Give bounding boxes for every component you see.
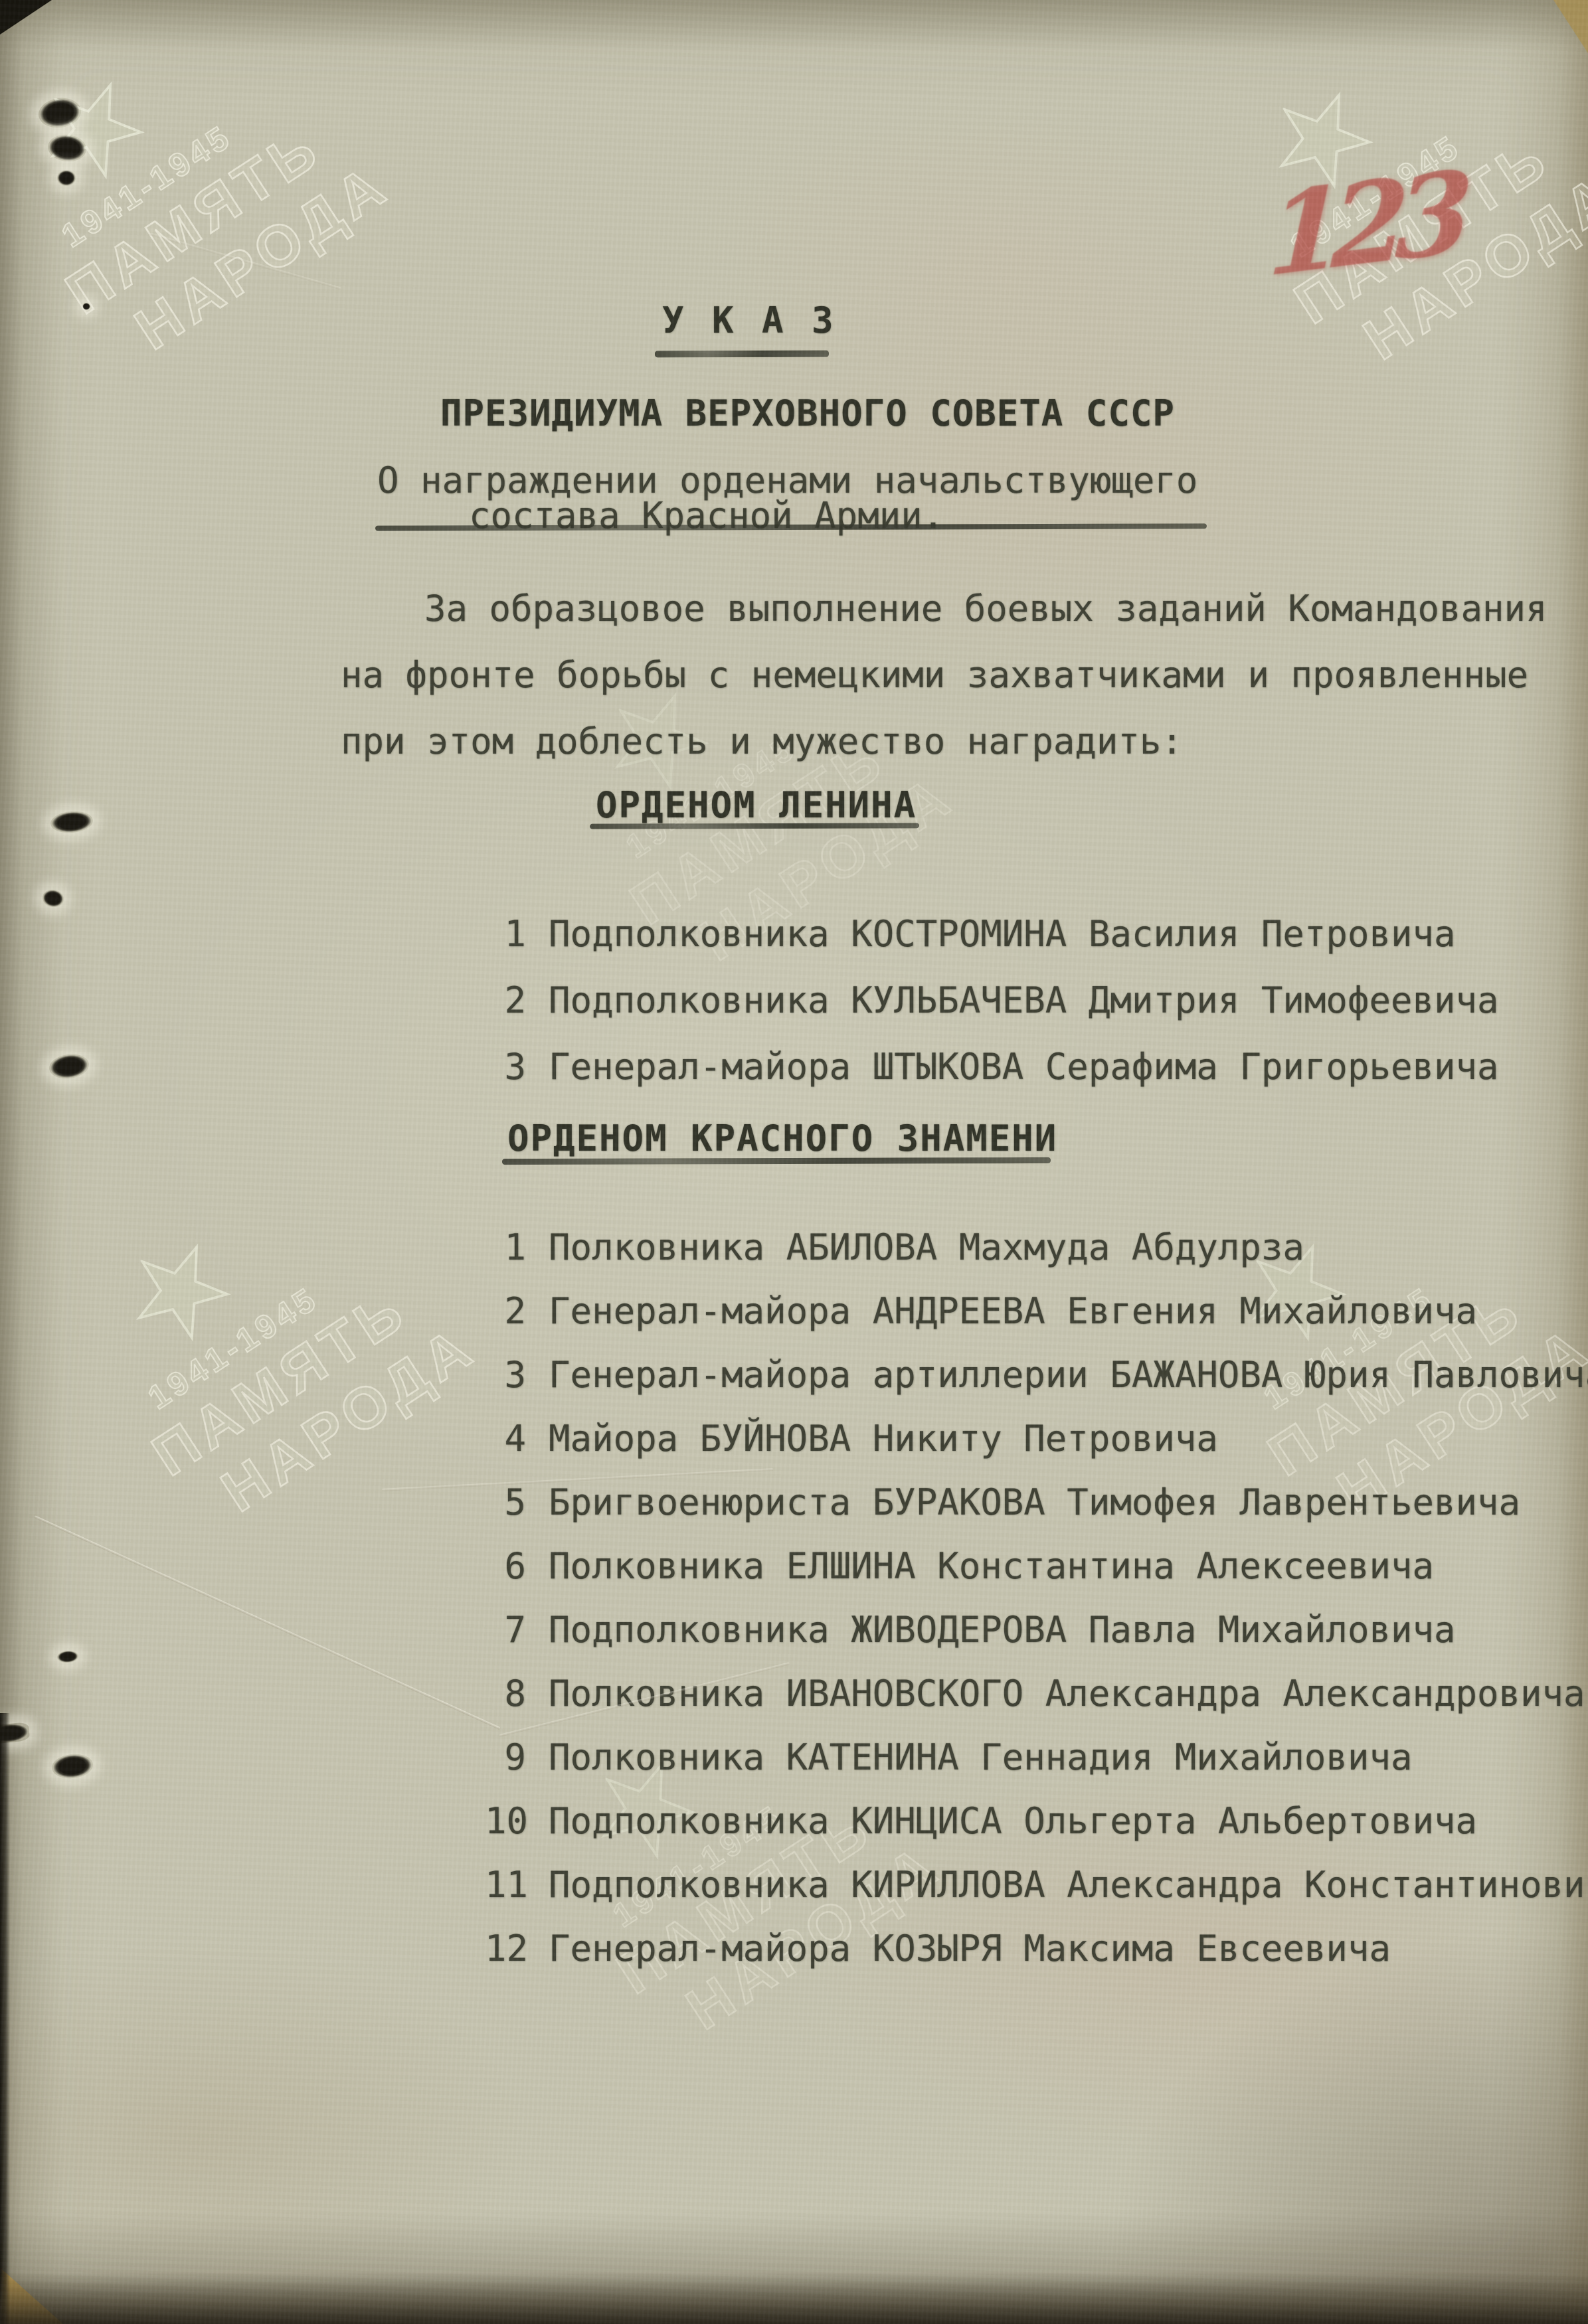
section-heading-lenin: ОРДЕНОМ ЛЕНИНА — [596, 788, 917, 823]
decree-title: У К А З — [662, 303, 837, 339]
scan-corner-top-right — [1553, 0, 1588, 53]
scan-edge-left — [0, 1713, 10, 2324]
watermark-line: НАРОДА — [124, 118, 451, 363]
punch-hole — [41, 888, 65, 908]
scan-corner-bottom-left — [0, 2268, 63, 2324]
preamble-line2: на фронте борьбы с немецкими захватчикам… — [341, 657, 1528, 693]
star-icon — [110, 1222, 250, 1362]
award-row: 3Генерал-майора ШТЫКОВА Серафима Григорь… — [398, 1013, 1499, 1121]
preamble-line3: при этом доблесть и мужество наградить: — [341, 724, 1183, 760]
row-number: 3 — [485, 1049, 526, 1085]
watermark-line: ПАМЯТЬ — [54, 61, 414, 327]
punch-hole — [46, 133, 88, 163]
title-underline — [655, 351, 829, 358]
watermark-cluster: 1941-1945 ПАМЯТЬ НАРОДА — [0, 0, 451, 384]
punch-hole — [37, 96, 83, 130]
handwritten-page-number: 123 — [1266, 145, 1462, 302]
punch-hole — [50, 809, 94, 834]
crease — [149, 232, 341, 290]
row-text: Генерал-майора КОЗЫРЯ Максима Евсеевича — [549, 1928, 1391, 1969]
row-number: 12 — [485, 1931, 526, 1967]
scan-edge-bottom — [0, 2272, 1588, 2324]
punch-hole — [48, 1052, 90, 1081]
punch-hole — [50, 1752, 94, 1780]
section-heading-red-banner: ОРДЕНОМ КРАСНОГО ЗНАМЕНИ — [507, 1121, 1057, 1157]
decree-issuer: ПРЕЗИДИУМА ВЕРХОВНОГО СОВЕТА СССР — [440, 396, 1175, 432]
punch-hole — [56, 1650, 78, 1663]
watermark-years: 1941-1945 — [54, 27, 376, 255]
row-text: Генерал-майора ШТЫКОВА Серафима Григорье… — [549, 1046, 1498, 1088]
punch-hole — [57, 170, 76, 186]
lenin-heading-underline — [590, 823, 919, 829]
edge-tear — [0, 1722, 30, 1744]
decree-scan-page: 1941-1945 ПАМЯТЬ НАРОДА 1941-1945 ПАМЯТЬ… — [0, 0, 1588, 2324]
red-banner-heading-underline — [502, 1157, 1051, 1165]
star-icon — [23, 60, 163, 200]
preamble-line1: За образцовое выполнение боевых заданий … — [424, 591, 1547, 627]
punch-hole — [82, 303, 90, 310]
decree-subject-line1: О награждении орденами начальствующего — [377, 463, 1197, 499]
scan-corner-top-left — [0, 0, 52, 35]
award-row: 12Генерал-майора КОЗЫРЯ Максима Евсеевич… — [398, 1895, 1391, 2003]
